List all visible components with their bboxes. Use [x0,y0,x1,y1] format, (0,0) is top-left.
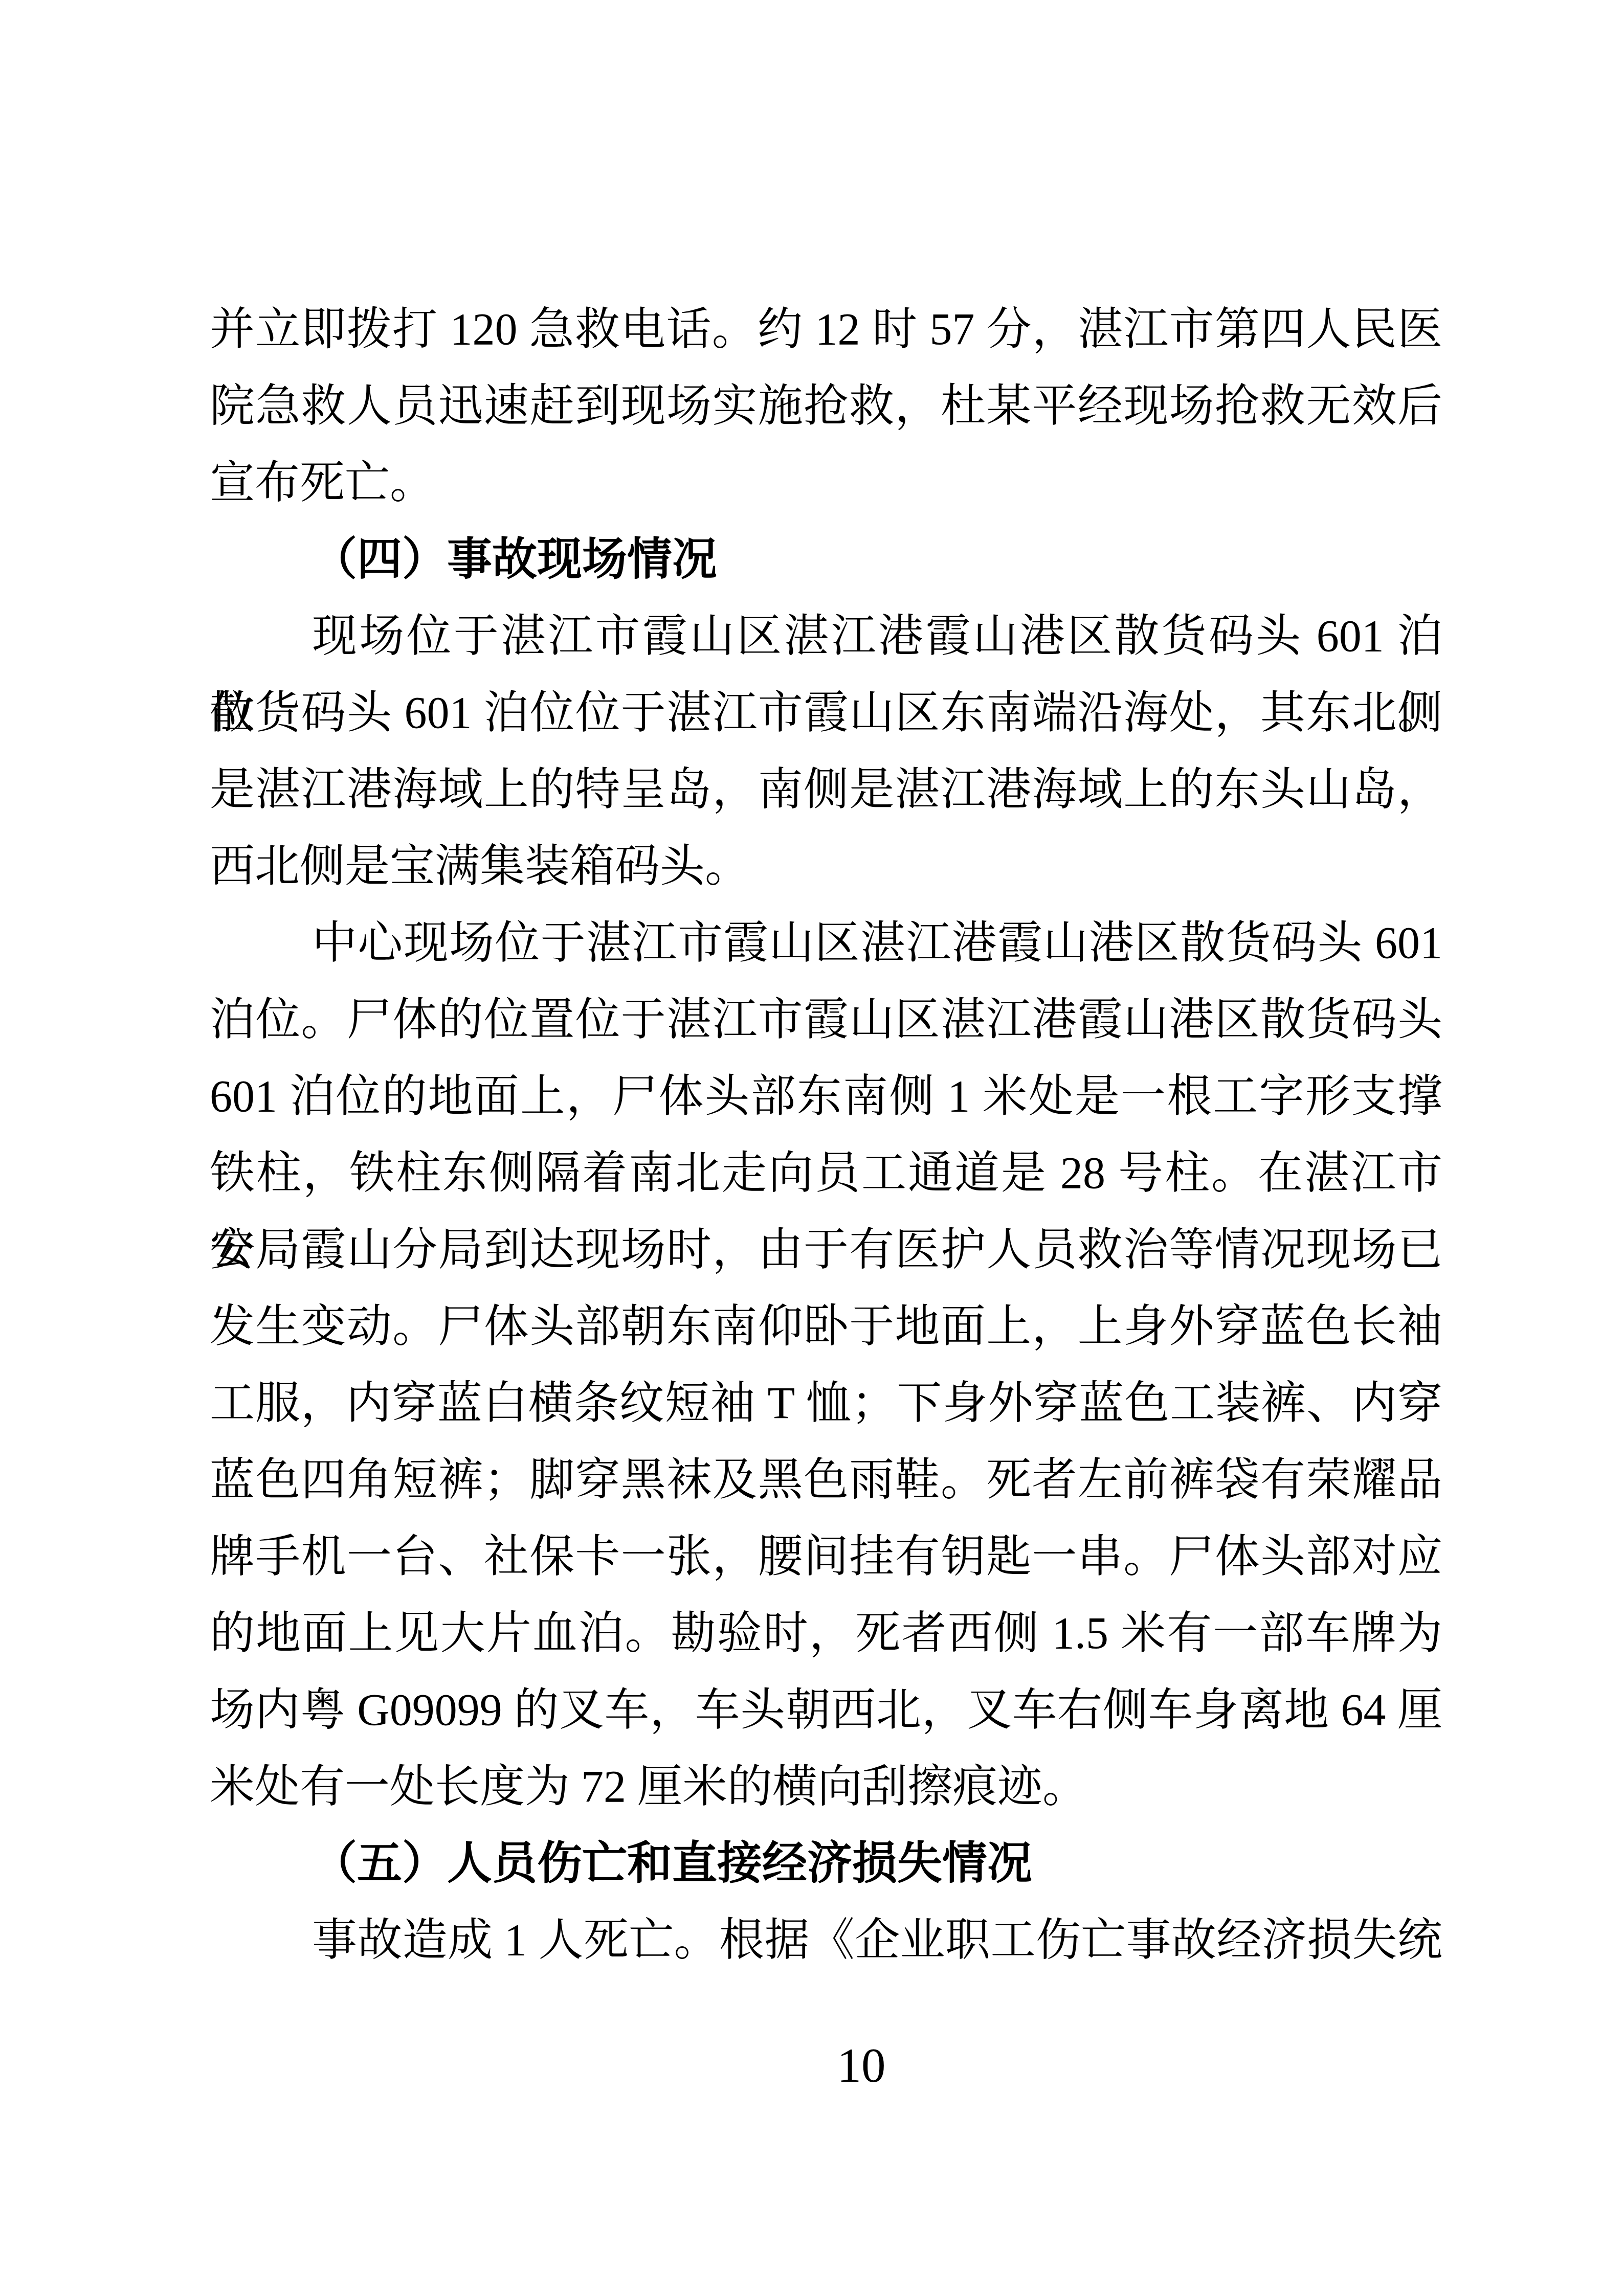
paragraph-line: 院急救人员迅速赶到现场实施抢救，杜某平经现场抢救无效后 [210,368,1442,445]
paragraph-line: 现场位于湛江市霞山区湛江港霞山港区散货码头 601 泊位。 [210,598,1442,675]
section-heading-5: （五）人员伤亡和直接经济损失情况 [210,1826,1442,1902]
paragraph-line: 中心现场位于湛江市霞山区湛江港霞山港区散货码头 601 [210,905,1442,982]
page-number: 10 [837,2041,886,2090]
paragraph-line: 事故造成 1 人死亡。根据《企业职工伤亡事故经济损失统 [210,1902,1442,1979]
document-page: 并立即拨打 120 急救电话。约 12 时 57 分，湛江市第四人民医 院急救人… [0,0,1624,2296]
paragraph-line: 蓝色四角短裤；脚穿黑袜及黑色雨鞋。死者左前裤袋有荣耀品 [210,1442,1442,1519]
paragraph-line: 铁柱，铁柱东侧隔着南北走向员工通道是 28 号柱。在湛江市公 [210,1135,1442,1212]
paragraph-line: 工服，内穿蓝白横条纹短袖 T 恤；下身外穿蓝色工装裤、内穿 [210,1365,1442,1442]
paragraph-line: 场内粤 G09099 的叉车，车头朝西北，叉车右侧车身离地 64 厘 [210,1672,1442,1749]
paragraph: 事故造成 1 人死亡。根据《企业职工伤亡事故经济损失统 [210,1902,1442,1979]
section-heading-4: （四）事故现场情况 [210,522,1442,598]
page-body-text: 并立即拨打 120 急救电话。约 12 时 57 分，湛江市第四人民医 院急救人… [210,291,1442,1979]
paragraph-line: 牌手机一台、社保卡一张，腰间挂有钥匙一串。尸体头部对应 [210,1519,1442,1595]
paragraph-line: 601 泊位的地面上，尸体头部东南侧 1 米处是一根工字形支撑 [210,1059,1442,1135]
paragraph-line: 是湛江港海域上的特呈岛，南侧是湛江港海域上的东头山岛， [210,752,1442,828]
paragraph-line: 并立即拨打 120 急救电话。约 12 时 57 分，湛江市第四人民医 [210,291,1442,368]
continued-paragraph: 并立即拨打 120 急救电话。约 12 时 57 分，湛江市第四人民医 院急救人… [210,291,1442,522]
paragraph-line: 宣布死亡。 [210,445,1442,522]
paragraph-line: 西北侧是宝满集装箱码头。 [210,828,1442,905]
paragraph-line: 米处有一处长度为 72 厘米的横向刮擦痕迹。 [210,1749,1442,1826]
paragraph: 中心现场位于湛江市霞山区湛江港霞山港区散货码头 601 泊位。尸体的位置位于湛江… [210,905,1442,1826]
paragraph-line: 的地面上见大片血泊。勘验时，死者西侧 1.5 米有一部车牌为 [210,1595,1442,1672]
paragraph-line: 散货码头 601 泊位位于湛江市霞山区东南端沿海处，其东北侧 [210,675,1442,752]
paragraph: 现场位于湛江市霞山区湛江港霞山港区散货码头 601 泊位。 散货码头 601 泊… [210,598,1442,905]
paragraph-line: 发生变动。尸体头部朝东南仰卧于地面上，上身外穿蓝色长袖 [210,1289,1442,1365]
paragraph-line: 安局霞山分局到达现场时，由于有医护人员救治等情况现场已 [210,1212,1442,1289]
paragraph-line: 泊位。尸体的位置位于湛江市霞山区湛江港霞山港区散货码头 [210,982,1442,1059]
